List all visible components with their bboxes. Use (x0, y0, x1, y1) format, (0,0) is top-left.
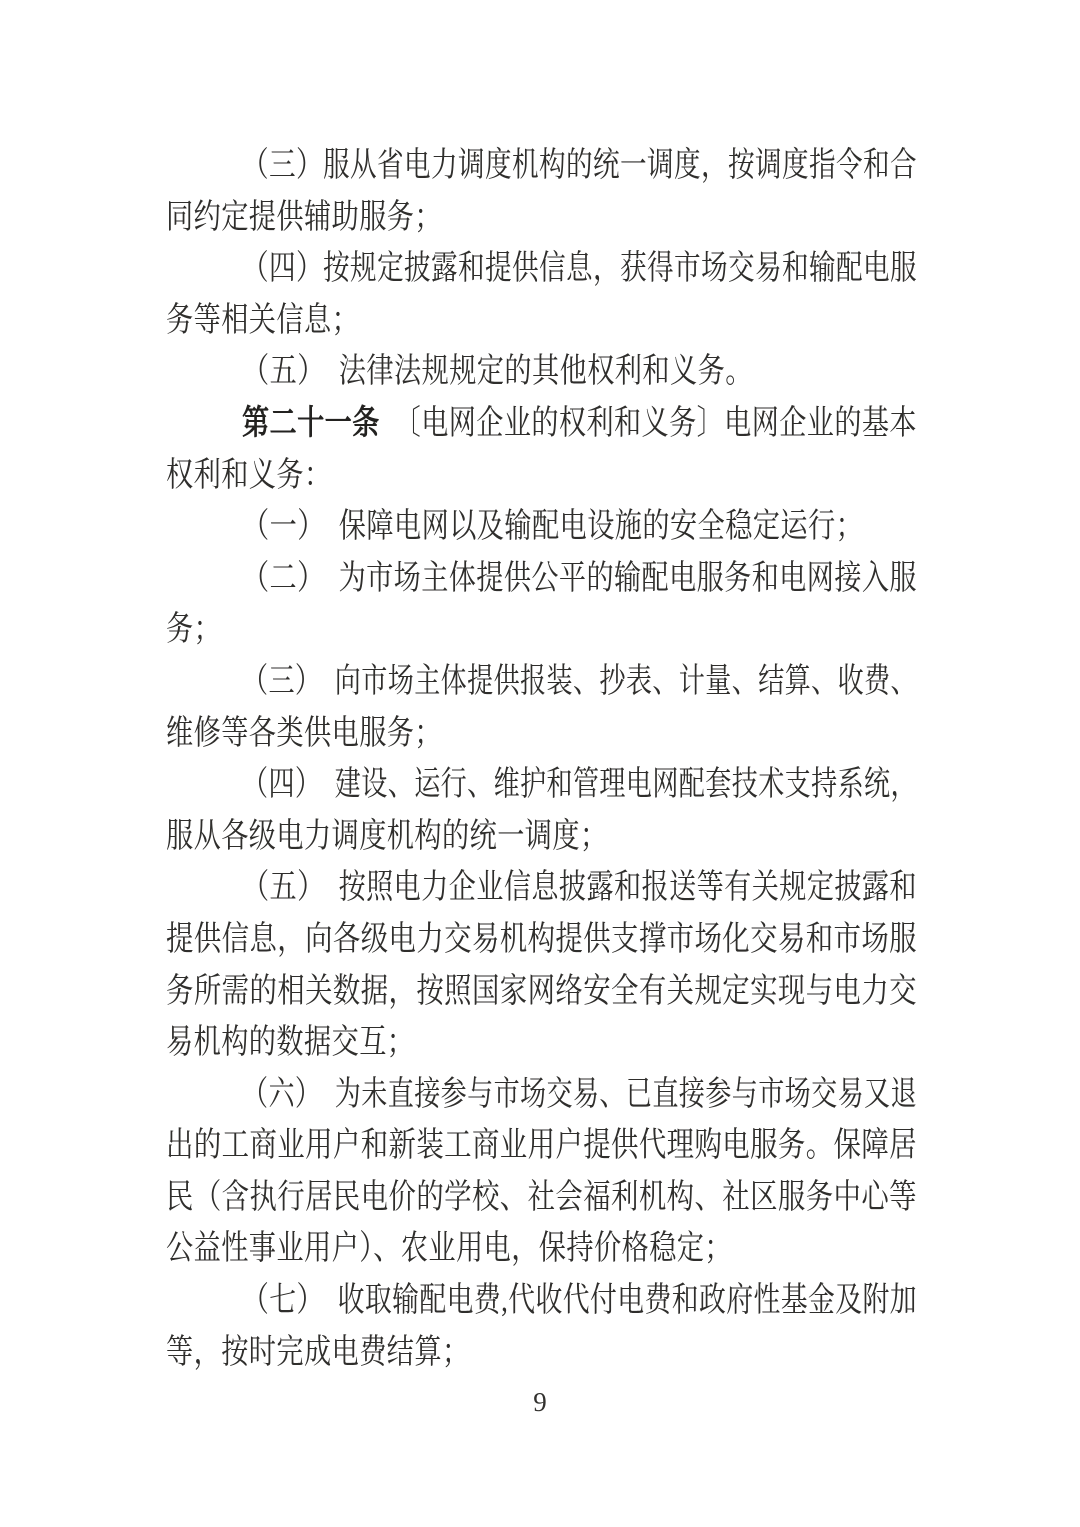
text-line-content: 服从各级电力调度机构的统一调度； (166, 811, 608, 863)
text-line: 务等相关信息； (166, 295, 917, 347)
text-line: 民（含执行居民电价的学校、社会福利机构、社区服务中心等 (166, 1172, 917, 1224)
text-line-content: （七） 收取输配电费,代收代付电费和政府性基金及附加 (242, 1275, 917, 1327)
text-line-content: （三）服从省电力调度机构的统一调度，按调度指令和合 (242, 140, 917, 192)
text-segment: （五） 按照电力企业信息披露和报送等有关规定披露和 (242, 869, 917, 906)
text-segment: 务等相关信息； (166, 302, 359, 339)
page-number: 9 (0, 1382, 1080, 1422)
text-segment: 公益性事业用户）、农业用电，保持价格稳定； (166, 1230, 732, 1267)
text-line: （三） 向市场主体提供报装、抄表、计量、结算、收费、 (166, 656, 917, 708)
text-line-content: 务等相关信息； (166, 295, 359, 347)
document-page: （三）服从省电力调度机构的统一调度，按调度指令和合同约定提供辅助服务；（四）按规… (0, 0, 1080, 1527)
text-line-content: 维修等各类供电服务； (166, 708, 442, 760)
text-line-content: （五） 按照电力企业信息披露和报送等有关规定披露和 (242, 862, 917, 914)
text-segment: 出的工商业用户和新装工商业用户提供代理购电服务。保障居 (166, 1127, 917, 1164)
text-segment: 服从各级电力调度机构的统一调度； (166, 818, 608, 855)
text-segment: 务； (166, 611, 221, 648)
text-line-content: 公益性事业用户）、农业用电，保持价格稳定； (166, 1223, 732, 1275)
text-segment: 提供信息，向各级电力交易机构提供支撑市场化交易和市场服 (166, 921, 917, 958)
text-line: （七） 收取输配电费,代收代付电费和政府性基金及附加 (166, 1275, 917, 1327)
text-line-content: （五） 法律法规规定的其他权利和义务。 (242, 346, 753, 398)
text-segment: （六） 为未直接参与市场交易、已直接参与市场交易又退 (242, 1076, 917, 1113)
text-line: （四）按规定披露和提供信息，获得市场交易和输配电服 (166, 243, 917, 295)
text-line: 易机构的数据交互； (166, 1017, 917, 1069)
text-segment: （七） 收取输配电费,代收代付电费和政府性基金及附加 (242, 1282, 917, 1319)
article-number: 第二十一条 (242, 405, 380, 442)
text-line: （五） 按照电力企业信息披露和报送等有关规定披露和 (166, 862, 917, 914)
text-block: （三）服从省电力调度机构的统一调度，按调度指令和合同约定提供辅助服务；（四）按规… (166, 140, 917, 1378)
text-line: 权利和义务： (166, 450, 917, 502)
text-line: 等，按时完成电费结算； (166, 1327, 917, 1379)
text-line: 维修等各类供电服务； (166, 708, 917, 760)
text-line-content: 务所需的相关数据，按照国家网络安全有关规定实现与电力交 (166, 966, 917, 1018)
text-segment: 等，按时完成电费结算； (166, 1334, 470, 1371)
text-line-content: （三） 向市场主体提供报装、抄表、计量、结算、收费、 (242, 656, 917, 708)
text-line-content: 提供信息，向各级电力交易机构提供支撑市场化交易和市场服 (166, 914, 917, 966)
text-segment: 务所需的相关数据，按照国家网络安全有关规定实现与电力交 (166, 973, 917, 1010)
text-line: 提供信息，向各级电力交易机构提供支撑市场化交易和市场服 (166, 914, 917, 966)
text-segment: 权利和义务： (166, 457, 332, 494)
text-segment: （四）按规定披露和提供信息，获得市场交易和输配电服 (242, 250, 917, 287)
text-line: （二） 为市场主体提供公平的输配电服务和电网接入服 (166, 553, 917, 605)
text-line: （四） 建设、运行、维护和管理电网配套技术支持系统， (166, 759, 917, 811)
text-segment: 维修等各类供电服务； (166, 715, 442, 752)
text-line-content: 等，按时完成电费结算； (166, 1327, 470, 1379)
text-line-content: 民（含执行居民电价的学校、社会福利机构、社区服务中心等 (166, 1172, 917, 1224)
text-line: 服从各级电力调度机构的统一调度； (166, 811, 917, 863)
text-line-content: （一） 保障电网以及输配电设施的安全稳定运行； (242, 501, 863, 553)
text-segment: （一） 保障电网以及输配电设施的安全稳定运行； (242, 508, 863, 545)
text-segment: （五） 法律法规规定的其他权利和义务。 (242, 353, 753, 390)
text-line-content: 出的工商业用户和新装工商业用户提供代理购电服务。保障居 (166, 1120, 917, 1172)
text-line: 务； (166, 604, 917, 656)
text-line-content: 权利和义务： (166, 450, 332, 502)
text-line: 同约定提供辅助服务； (166, 192, 917, 244)
text-line: （五） 法律法规规定的其他权利和义务。 (166, 346, 917, 398)
text-line-content: 同约定提供辅助服务； (166, 192, 442, 244)
text-line: 公益性事业用户）、农业用电，保持价格稳定； (166, 1223, 917, 1275)
text-line-content: （二） 为市场主体提供公平的输配电服务和电网接入服 (242, 553, 917, 605)
text-segment: 〔电网企业的权利和义务〕电网企业的基本 (380, 405, 917, 442)
text-line: 第二十一条 〔电网企业的权利和义务〕电网企业的基本 (166, 398, 917, 450)
text-line-content: （四） 建设、运行、维护和管理电网配套技术支持系统， (242, 759, 917, 811)
text-segment: 同约定提供辅助服务； (166, 199, 442, 236)
text-segment: （四） 建设、运行、维护和管理电网配套技术支持系统， (242, 766, 917, 803)
text-segment: （三）服从省电力调度机构的统一调度，按调度指令和合 (242, 147, 917, 184)
text-line-content: 第二十一条 〔电网企业的权利和义务〕电网企业的基本 (242, 398, 917, 450)
text-line-content: 务； (166, 604, 221, 656)
text-line: （六） 为未直接参与市场交易、已直接参与市场交易又退 (166, 1069, 917, 1121)
text-segment: 易机构的数据交互； (166, 1024, 414, 1061)
text-segment: 民（含执行居民电价的学校、社会福利机构、社区服务中心等 (166, 1179, 917, 1216)
text-segment: （三） 向市场主体提供报装、抄表、计量、结算、收费、 (242, 663, 917, 700)
text-line-content: （六） 为未直接参与市场交易、已直接参与市场交易又退 (242, 1069, 917, 1121)
text-segment: （二） 为市场主体提供公平的输配电服务和电网接入服 (242, 560, 917, 597)
text-line: 务所需的相关数据，按照国家网络安全有关规定实现与电力交 (166, 966, 917, 1018)
text-line-content: 易机构的数据交互； (166, 1017, 414, 1069)
text-line-content: （四）按规定披露和提供信息，获得市场交易和输配电服 (242, 243, 917, 295)
text-line: （三）服从省电力调度机构的统一调度，按调度指令和合 (166, 140, 917, 192)
text-line: （一） 保障电网以及输配电设施的安全稳定运行； (166, 501, 917, 553)
text-line: 出的工商业用户和新装工商业用户提供代理购电服务。保障居 (166, 1120, 917, 1172)
